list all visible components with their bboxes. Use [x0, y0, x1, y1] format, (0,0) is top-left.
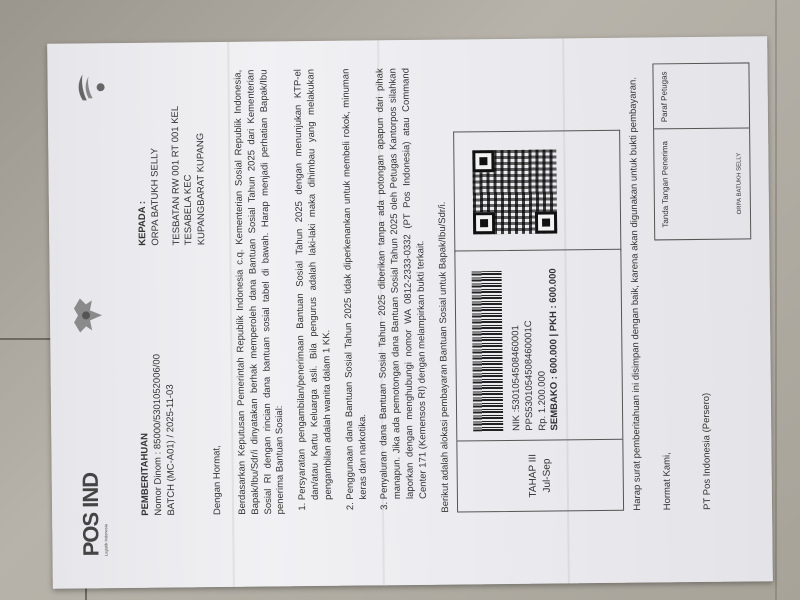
recipient-block: KEPADA : ORPA BATUKH SELLY TESBATAN RW 0… — [135, 65, 209, 246]
condition-item: Penggunaan dana Bantuan Sosial Tahun 202… — [340, 68, 370, 499]
conditions-list: Persyaratan pengambilan/penerimaan Bantu… — [293, 67, 431, 513]
condition-item: Penyaluran dana Bantuan Sosial Tahun 202… — [375, 67, 431, 499]
kemensos-logo-icon — [72, 68, 110, 106]
barcode-icon — [472, 271, 504, 431]
qr-code-icon — [472, 149, 557, 234]
tahap-cell: TAHAP III Jul-Sep — [457, 438, 623, 511]
letter-content: POS IND Logistik Indonesia PEMBERITAHUAN… — [57, 49, 762, 576]
officer-initial-cell: Paraf Petugas — [653, 63, 749, 129]
qr-box — [453, 129, 621, 252]
greeting: Dengan Hormat, — [211, 445, 225, 515]
signatory: PT Pos Indonesia (Persero) — [701, 392, 715, 509]
amount-breakdown: SEMBAKO : 600.000 | PKH : 600.000 — [548, 258, 563, 430]
letter-body: Berdasarkan Keputusan Pemerintah Republi… — [232, 67, 461, 514]
signature-table: Tanda Tangan Penerima ORPA BATUKH SELLY … — [652, 62, 751, 240]
allocation-details: NIK :5301054508460001 PPS530105450846000… — [465, 258, 562, 431]
nomor-dinom: Nomor Dinom : 85000/5301052006/00 — [151, 353, 166, 515]
allocation-intro: Berikut adalah alokasi pembayaran Bantua… — [435, 67, 452, 512]
address-line: KUPANGBARAT KUPANG — [195, 65, 210, 245]
recipient-name: ORPA BATUKH SELLY — [148, 65, 163, 245]
notification-letter: POS IND Logistik Indonesia PEMBERITAHUAN… — [47, 36, 773, 589]
garuda-emblem-icon — [72, 294, 108, 336]
batch-number: BATCH (MC-A01) / 2025-11-03 — [164, 353, 179, 515]
keep-note: Harap surat pemberitahuan ini disimpan d… — [627, 65, 644, 510]
closing: Hormat Kami, — [661, 452, 674, 510]
allocation-box: TAHAP III Jul-Sep NIK :5301054508460001 … — [454, 248, 624, 512]
condition-item: Persyaratan pengambilan/penerimaan Bantu… — [293, 68, 336, 499]
floor-tile-seam — [775, 0, 777, 600]
letter-header: PEMBERITAHUAN Nomor Dinom : 85000/530105… — [138, 353, 178, 515]
intro-paragraph: Berdasarkan Keputusan Pemerintah Republi… — [232, 69, 288, 515]
recipient-signature-cell: Tanda Tangan Penerima ORPA BATUKH SELLY — [654, 127, 750, 239]
pos-indonesia-logo: POS IND Logistik Indonesia — [82, 472, 108, 556]
